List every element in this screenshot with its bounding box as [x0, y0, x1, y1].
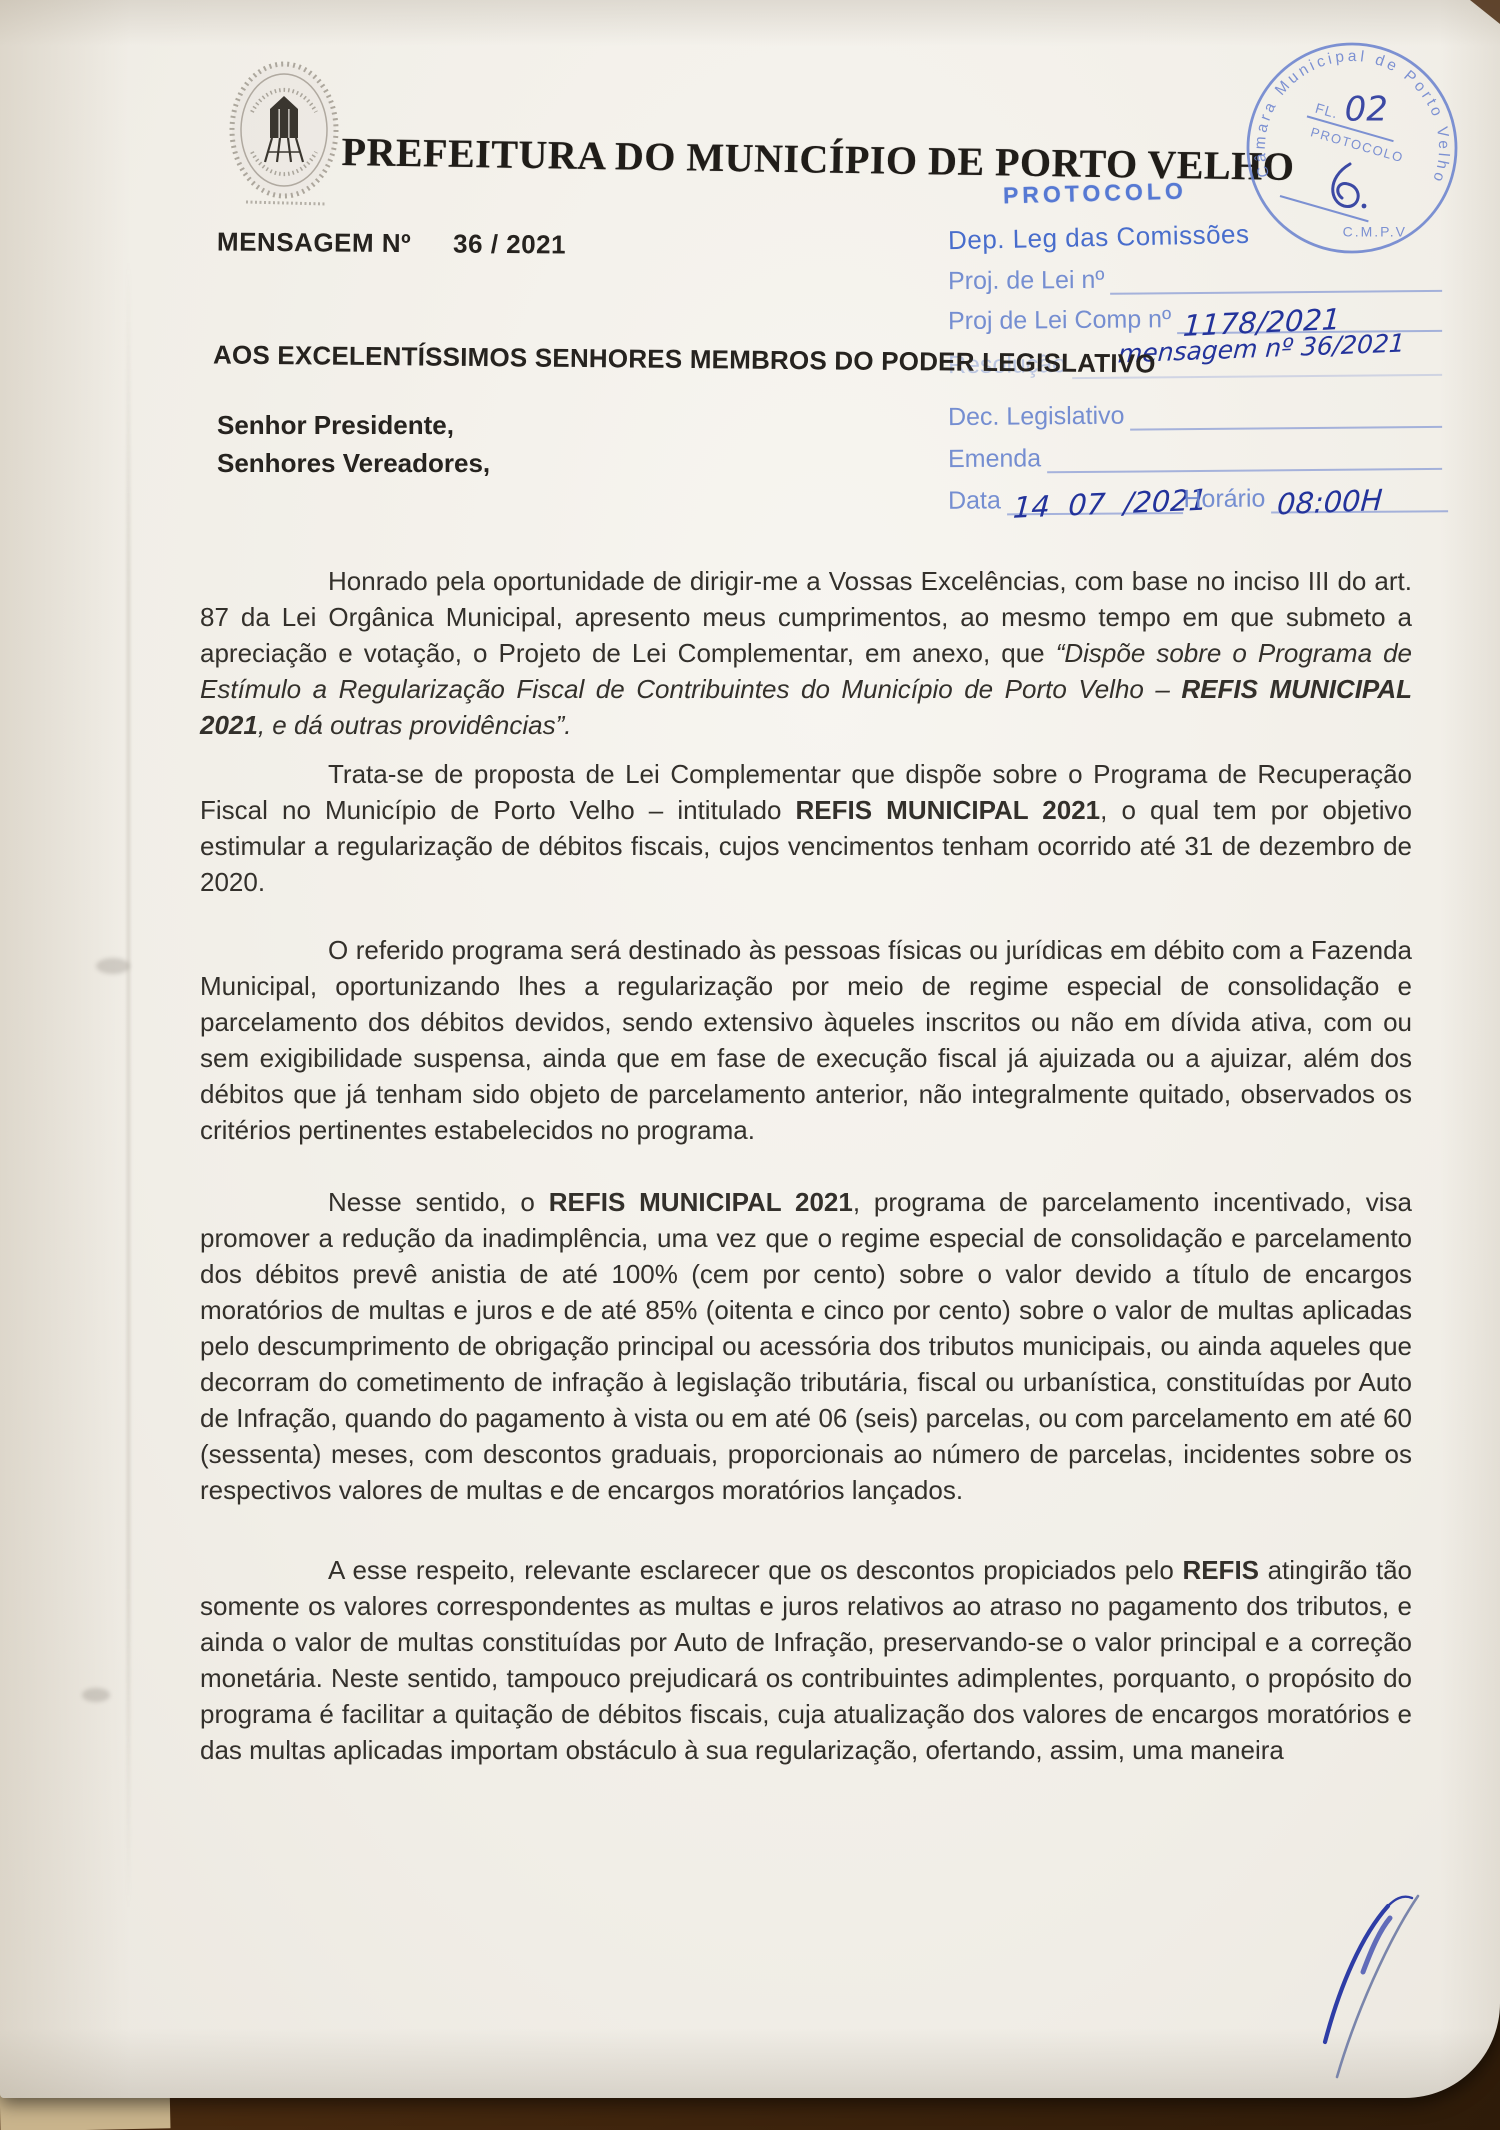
dept-line: Dep. Leg das Comissões — [948, 219, 1250, 256]
stamp-initials: C.M.P.V — [1343, 223, 1407, 239]
blank-line — [1130, 396, 1442, 431]
fl-label: FL. — [1314, 100, 1341, 122]
protocol-rubric-signature — [1333, 164, 1367, 208]
blank-line: 14 07 /2021 — [1007, 482, 1184, 515]
paragraph-3: O referido programa será destinado às pe… — [200, 932, 1412, 1148]
blank-line — [1047, 438, 1442, 473]
message-label: MENSAGEM Nº — [217, 226, 411, 258]
document-scan: PREFEITURA DO MUNICÍPIO DE PORTO VELHO C… — [0, 0, 1500, 2130]
blank-line: 08:00H — [1271, 480, 1448, 513]
municipal-seal-icon — [226, 56, 342, 214]
pen-paraph-mark — [1300, 1880, 1460, 2095]
salutation-line: Senhor Presidente, — [217, 410, 454, 441]
fl-value-handwritten: 02 — [1345, 89, 1388, 129]
letter-body: Honrado pela oportunidade de dirigir-me … — [200, 563, 1412, 1768]
blank-line — [1110, 260, 1442, 295]
round-protocol-stamp: Câmara Municipal de Porto Velho FL. 02 P… — [1220, 16, 1484, 280]
protocolo-stamp-word: PROTOCOLO — [1003, 178, 1187, 210]
paragraph-2: Trata-se de proposta de Lei Complementar… — [200, 756, 1412, 900]
form-row-dec-legislativo: Dec. Legislativo — [948, 396, 1442, 432]
message-number: 36 / 2021 — [453, 229, 566, 260]
pencil-smudge — [82, 1688, 110, 1702]
form-row-proj-de-lei: Proj. de Lei nº — [948, 260, 1442, 296]
paragraph-5: A esse respeito, relevante esclarecer qu… — [200, 1552, 1412, 1768]
paper-crease — [127, 260, 130, 1910]
message-number-line: MENSAGEM Nº36 / 2021 — [217, 226, 566, 260]
salutation-line: Senhores Vereadores, — [217, 448, 490, 479]
pencil-smudge — [96, 958, 130, 974]
form-row-data-horario: Data 14 07 /2021 Horário 08:00H — [948, 480, 1448, 515]
form-row-emenda: Emenda — [948, 438, 1442, 474]
paragraph-1: Honrado pela oportunidade de dirigir-me … — [200, 563, 1412, 743]
paragraph-4: Nesse sentido, o REFIS MUNICIPAL 2021, p… — [200, 1184, 1412, 1508]
